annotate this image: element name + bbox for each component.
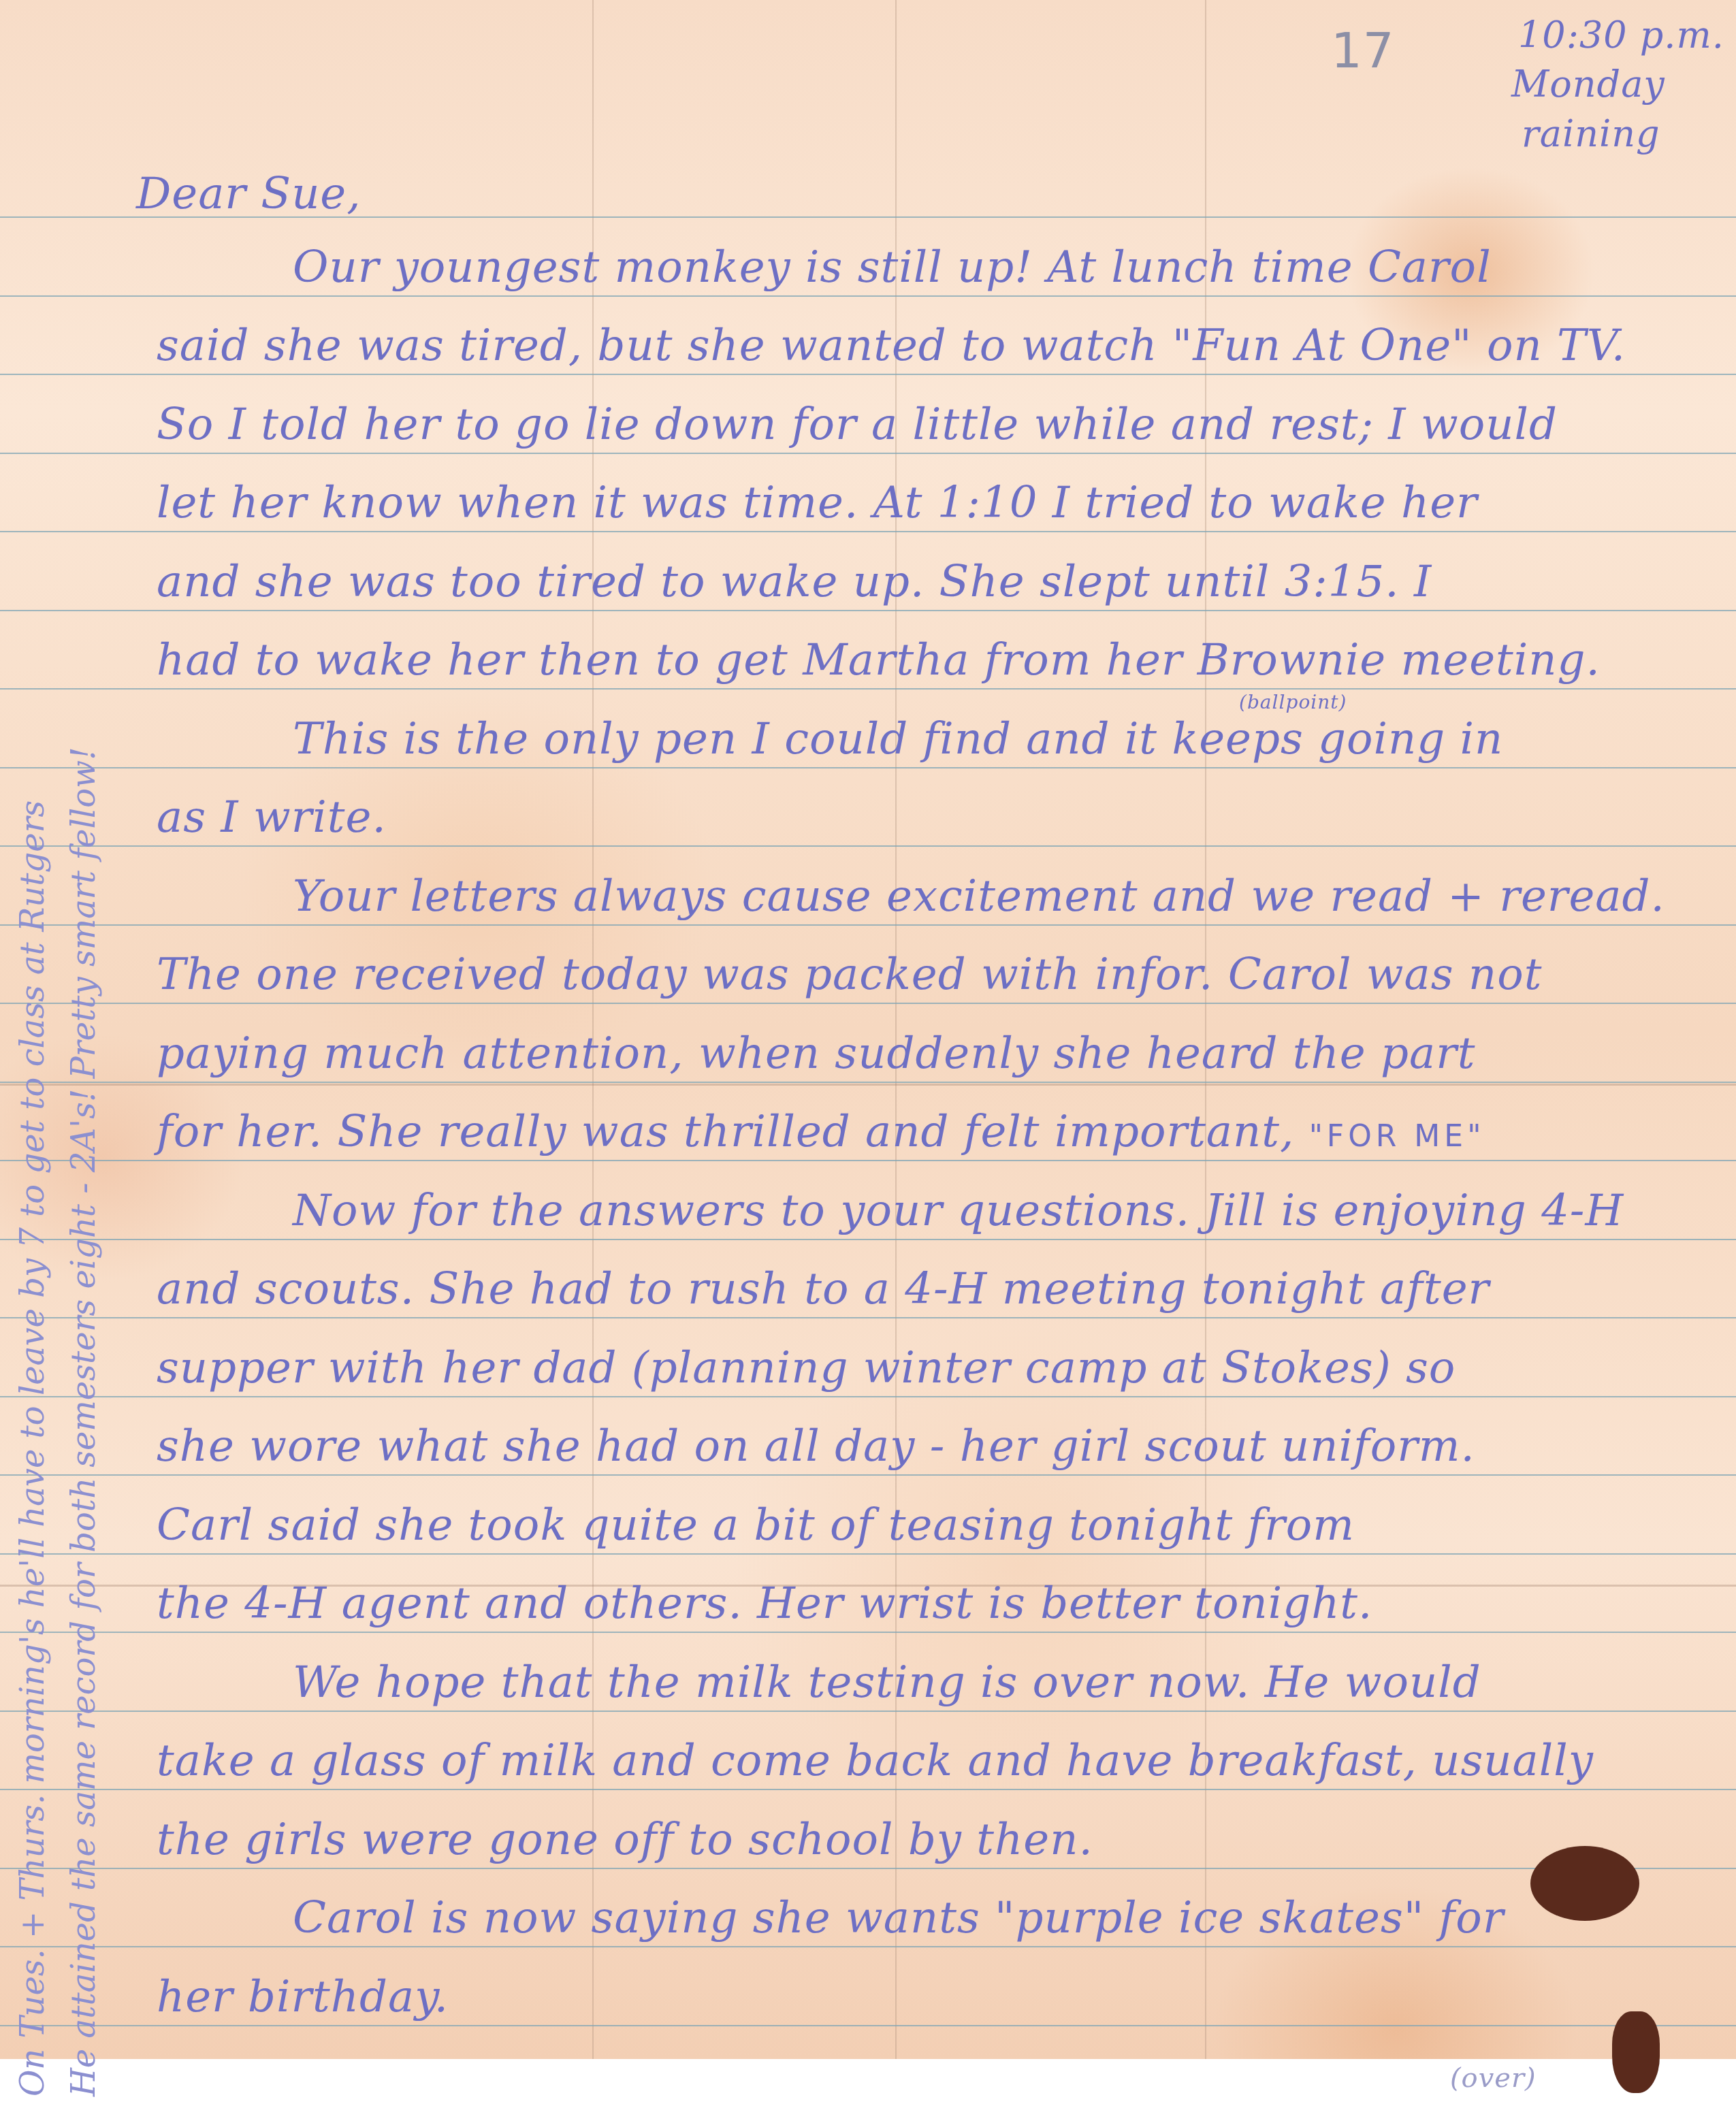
letter-line: supper with her dad (planning winter cam… (157, 1343, 1456, 1393)
letter-line: let her know when it was time. At 1:10 I… (157, 478, 1478, 528)
ruled-line (0, 1474, 1736, 1476)
ruled-line (0, 688, 1736, 690)
ruled-line (0, 374, 1736, 375)
letter-line: This is the only pen I could find and it… (293, 714, 1503, 764)
letter-line: and she was too tired to wake up. She sl… (157, 557, 1432, 607)
letter-line: her birthday. (157, 1972, 449, 2022)
ruled-line (0, 1160, 1736, 1161)
letter-line: We hope that the milk testing is over no… (293, 1657, 1481, 1708)
ruled-line (0, 453, 1736, 454)
letter-line: Our youngest monkey is still up! At lunc… (293, 242, 1492, 293)
letter-line: Carol is now saying she wants "purple ic… (293, 1893, 1504, 1943)
interlinear-note: (ballpoint) (1239, 691, 1347, 713)
letter-line: the 4-H agent and others. Her wrist is b… (157, 1578, 1372, 1629)
ruled-line (0, 295, 1736, 297)
letter-line: The one received today was packed with i… (157, 950, 1542, 1000)
ruled-line (0, 1632, 1736, 1633)
letter-line: paying much attention, when suddenly she… (157, 1028, 1475, 1079)
paper-fold (0, 1084, 1736, 1086)
ruled-line (0, 1789, 1736, 1790)
ruled-line (0, 610, 1736, 611)
salutation: Dear Sue, (136, 169, 361, 219)
letter-time: 10:30 p.m. (1518, 14, 1724, 56)
ruled-line (0, 1003, 1736, 1004)
ruled-line (0, 1239, 1736, 1240)
ruled-line (0, 1553, 1736, 1555)
letter-line: Your letters always cause excitement and… (293, 871, 1665, 922)
letter-line: Carl said she took quite a bit of teasin… (157, 1500, 1355, 1551)
ruled-line (0, 1396, 1736, 1397)
ink-stain (1612, 2011, 1660, 2093)
ruled-line (0, 2025, 1736, 2026)
ruled-line (0, 1317, 1736, 1318)
letter-line: said she was tired, but she wanted to wa… (157, 321, 1626, 371)
letter-line: and scouts. She had to rush to a 4-H mee… (157, 1264, 1490, 1314)
letter-line: for her. She really was thrilled and fel… (157, 1107, 1485, 1157)
ruled-line (0, 767, 1736, 768)
letter-day: Monday (1511, 63, 1665, 106)
ruled-line (0, 531, 1736, 532)
letter-line: take a glass of milk and come back and h… (157, 1736, 1594, 1786)
letter-line: the girls were gone off to school by the… (157, 1815, 1093, 1865)
ruled-line (0, 1082, 1736, 1083)
letter-weather: raining (1522, 112, 1660, 155)
continuation-note: (over) (1450, 2062, 1537, 2094)
ruled-line (0, 1946, 1736, 1947)
ruled-line (0, 1868, 1736, 1869)
margin-note-2: He attained the same record for both sem… (65, 747, 103, 2096)
ruled-line (0, 1711, 1736, 1712)
emphasis-text: "FOR ME" (1309, 1119, 1485, 1154)
ruled-line (0, 845, 1736, 847)
letter-line: had to wake her then to get Martha from … (157, 635, 1601, 685)
letter-line: as I write. (157, 792, 387, 843)
ruled-line (0, 924, 1736, 926)
margin-note-1: On Tues. + Thurs. morning's he'll have t… (14, 800, 52, 2096)
page-number: 17 (1331, 22, 1395, 79)
letter-line: So I told her to go lie down for a littl… (157, 400, 1558, 450)
ink-stain (1530, 1846, 1639, 1921)
letter-paper: 17 10:30 p.m. Monday raining Dear Sue, O… (0, 0, 1736, 2059)
letter-line: Now for the answers to your questions. J… (293, 1186, 1624, 1236)
letter-line: she wore what she had on all day - her g… (157, 1421, 1475, 1472)
